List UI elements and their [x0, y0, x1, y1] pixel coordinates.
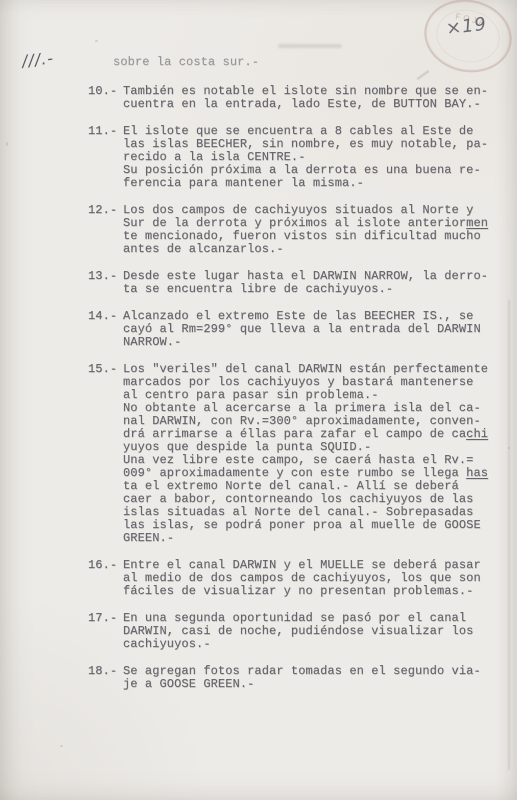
marginal-handwritten-note: ///.- [21, 48, 55, 70]
item-number: 13.- [88, 270, 123, 296]
item-text: Alcanzado el extremo Este de las BEECHER… [123, 310, 508, 349]
document-item: 11.-El islote que se encuentra a 8 cable… [88, 125, 508, 190]
document-item: 17.-En una segunda oportunidad se pasó p… [88, 612, 508, 651]
item-number: 16.- [88, 559, 123, 598]
document-line: fáciles de visualizar y no presentan pro… [123, 585, 508, 598]
line-continuation-underline: has [466, 466, 488, 480]
numbered-items: 10.-También es notable el islote sin nom… [88, 85, 508, 691]
document-line: cachiyuyos.- [123, 638, 508, 651]
document-item: 13.-Desde este lugar hasta el DARWIN NAR… [88, 270, 508, 296]
item-number: 11.- [88, 125, 123, 190]
document-line: je a GOOSE GREEN.- [123, 678, 508, 691]
item-number: 10.- [88, 85, 123, 111]
line-continuation-underline: chi [466, 427, 488, 441]
item-text: El islote que se encuentra a 8 cables al… [123, 125, 508, 190]
document-item: 14.-Alcanzado el extremo Este de las BEE… [88, 310, 508, 349]
item-number: 17.- [88, 612, 123, 651]
item-text: En una segunda oportunidad se pasó por e… [123, 612, 508, 651]
item-text: Entre el canal DARWIN y el MUELLE se deb… [123, 559, 508, 598]
document-item: 10.-También es notable el islote sin nom… [88, 85, 508, 111]
document-item: 15.-Los "veriles" del canal DARWIN están… [88, 363, 508, 545]
document-line: GREEN.- [123, 532, 508, 545]
item-text: Desde este lugar hasta el DARWIN NARROW,… [123, 270, 508, 296]
line-continuation-underline: men [466, 216, 488, 230]
document-line: ferencia para mantener la misma.- [123, 177, 508, 190]
scan-speck [6, 142, 8, 146]
document-page: FOJA ×19 ///.- sobre la costa sur.- 10.-… [0, 0, 517, 800]
scan-speck [95, 40, 98, 42]
document-line: las islas, se podrá poner proa al muelle… [123, 519, 508, 532]
document-item: 18.-Se agregan fotos radar tomadas en el… [88, 665, 508, 691]
scan-speck [60, 745, 63, 747]
scan-speck [508, 447, 510, 449]
continuation-heading: sobre la costa sur.- [113, 56, 508, 69]
scan-edge-line [508, 300, 510, 770]
document-line: NARROW.- [123, 336, 508, 349]
item-number: 14.- [88, 310, 123, 349]
typed-text-block: sobre la costa sur.- 10.-También es nota… [88, 56, 508, 705]
document-line: antes de alcanzarlos.- [123, 243, 508, 256]
item-number: 12.- [88, 204, 123, 256]
item-text: Los "veriles" del canal DARWIN están per… [123, 363, 508, 545]
document-item: 12.-Los dos campos de cachiyuyos situado… [88, 204, 508, 256]
item-text: Los dos campos de cachiyuyos situados al… [123, 204, 508, 256]
item-text: También es notable el islote sin nombre … [123, 85, 508, 111]
document-item: 16.-Entre el canal DARWIN y el MUELLE se… [88, 559, 508, 598]
scan-smudge [278, 44, 342, 48]
item-number: 18.- [88, 665, 123, 691]
item-number: 15.- [88, 363, 123, 545]
document-line: ta se encuentra libre de cachiyuyos.- [123, 283, 508, 296]
item-text: Se agregan fotos radar tomadas en el seg… [123, 665, 508, 691]
document-line: cuentra en la entrada, lado Este, de BUT… [123, 98, 508, 111]
